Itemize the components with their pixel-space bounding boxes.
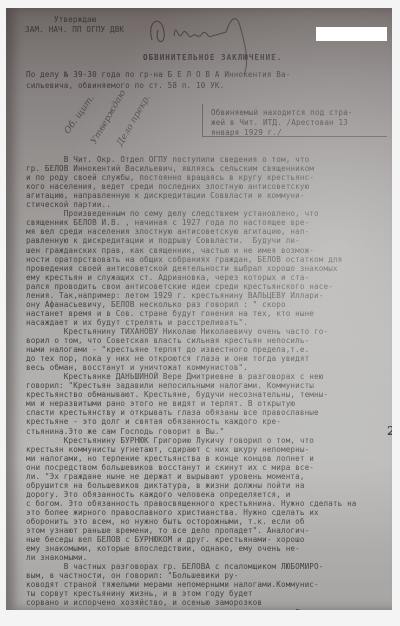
body-line: священник БЕЛОВ И.В. , начиная с 1927 го… (26, 218, 309, 227)
body-line: ности ораторствовать на общих собраниях … (26, 255, 342, 264)
body-line: кого населения, ведет среди последних зл… (26, 182, 309, 191)
body-line: проведения своей антисоветской деятельно… (26, 264, 338, 273)
body-line: ководят страной тяжелыми мерами непомерн… (26, 580, 319, 589)
body-line: крестьян коммунисты угнетают, сдирают с … (26, 445, 309, 454)
approval-header-2: ЗАМ. НАЧ. ПП ОГПУ ДВК (25, 25, 124, 34)
custody-note-bracket (202, 104, 387, 137)
body-line: шен гражданских прав, как священник, час… (26, 246, 314, 255)
body-line: весь обман, восстанут и уничтожат коммун… (26, 363, 248, 372)
body-line: крестьяне - это долг и святая обязанност… (26, 417, 281, 426)
body-line: до тех пор, пока у них не откроются глаз… (26, 354, 309, 363)
body-line: сорвано и испорчено хозяйство, и осенью … (26, 598, 262, 607)
body-line: обрушится на большевиков диктатура, в жи… (26, 481, 305, 490)
page-number-mark: 24 (387, 424, 392, 438)
body-line: ты сорвут крестьянину жизнь, и в этом го… (26, 589, 253, 598)
case-line-2: сильевича, обвиняемого по ст. 58 п. 10 У… (26, 81, 224, 90)
body-line: ные беседы вел БЕЛОВ с БУРНЮКОМ и друг. … (26, 535, 305, 544)
body-line: ными налогами - "крестьяне терпят до изв… (26, 345, 309, 354)
body-line: В Чит. Окр. Отдел ОГПУ поступили сведени… (26, 155, 309, 164)
body-line: этом узнают раньше времени, то все дело … (26, 526, 309, 535)
body-line: настанет время и в Сов. стране будут гон… (26, 309, 314, 318)
document-scan: Утверждаю ЗАМ. НАЧ. ПП ОГПУ ДВК ОБВИНИТЕ… (6, 8, 392, 610)
margin-handwriting-1: Об. щит. (63, 94, 97, 136)
body-line: ли знакомыми. (26, 553, 87, 562)
body-line: гр. БЕЛОВ Иннокентий Васильевич, являясь… (26, 164, 314, 173)
approval-header-1: Утверждаю (54, 15, 97, 24)
body-line: это более жирного православного христиан… (26, 508, 319, 517)
body-line: Произведенным по сему делу следствием ус… (26, 209, 319, 218)
body-line: В частных разговорах гр. БЕЛОВА с псалом… (26, 562, 323, 571)
body-line: и по роду своей службы, постоянно вращая… (26, 173, 314, 182)
body-line: говорил: "Крестьян задавили непосильными… (26, 381, 314, 390)
body-line: вым, в частности, он говорил: "Большевик… (26, 571, 238, 580)
body-line: тоже, что тоже народу жить, что нынче ху… (26, 608, 319, 611)
body-line: дорогу. Это обязанность каждого человека… (26, 490, 290, 499)
body-line: они посредством большевиков восстанут и … (26, 463, 314, 472)
body-line: ми налогами, но терпение крестьянства в … (26, 454, 314, 463)
body-line: агитацию, направленную к дискредитации С… (26, 191, 305, 200)
body-line: спасти крестьянству и открывать глаза об… (26, 408, 319, 417)
body-line: равленную к дискредитации и подрыву Совв… (26, 236, 300, 245)
body-line: мя вел среди населения злостную антисове… (26, 227, 309, 236)
body-line: оборонить это всем, но нужно быть осторо… (26, 517, 305, 526)
document-title: ОБВИНИТЕЛЬНОЕ ЗАКЛЮЧЕНИЕ. (143, 53, 282, 62)
body-line: Крестьянину ТИХАНОВУ Николаю Николаевичу… (26, 327, 328, 336)
redaction-box (316, 27, 387, 41)
body-line: стической партии.. (26, 200, 111, 209)
body-line: ления. Так,например: летом 1929 г. крест… (26, 291, 323, 300)
body-line: Крестьянину БУРНЮК Григорию Лукичу говор… (26, 436, 314, 445)
body-line: с богом. Это обязанность правосвященного… (26, 499, 357, 508)
body-line: Крестьянке ДАНЬШИНОЙ Вере Дмитриевне в р… (26, 372, 323, 381)
body-line: ему крестьян и служащих ст. Адриановка, … (26, 273, 309, 282)
body-line: ми и неразвитыми рано этого не видят и т… (26, 399, 295, 408)
body-line: ворил о том, что Советская власть сильна… (26, 336, 309, 345)
body-line: крестьянство обманывают. Крестьяне, буду… (26, 390, 328, 399)
body-line: рался проводить свои антисоветские идеи … (26, 282, 333, 291)
body-line: ему знакомыми, которые впоследствии, одн… (26, 544, 300, 553)
case-line-1: По делу № 39-30 года по гр-на Б Е Л О В … (26, 70, 290, 79)
body-line: стьянина.Это же сам Господь говорит в Вы… (26, 427, 224, 436)
body-line: насаждает и их будут стрелять и расстрел… (26, 318, 248, 327)
body-line: ону Афанасьевичу, БЕЛОВ несколько раз го… (26, 300, 286, 309)
body-line: ли. "Эх граждане ныне не держат и вырыва… (26, 472, 305, 481)
